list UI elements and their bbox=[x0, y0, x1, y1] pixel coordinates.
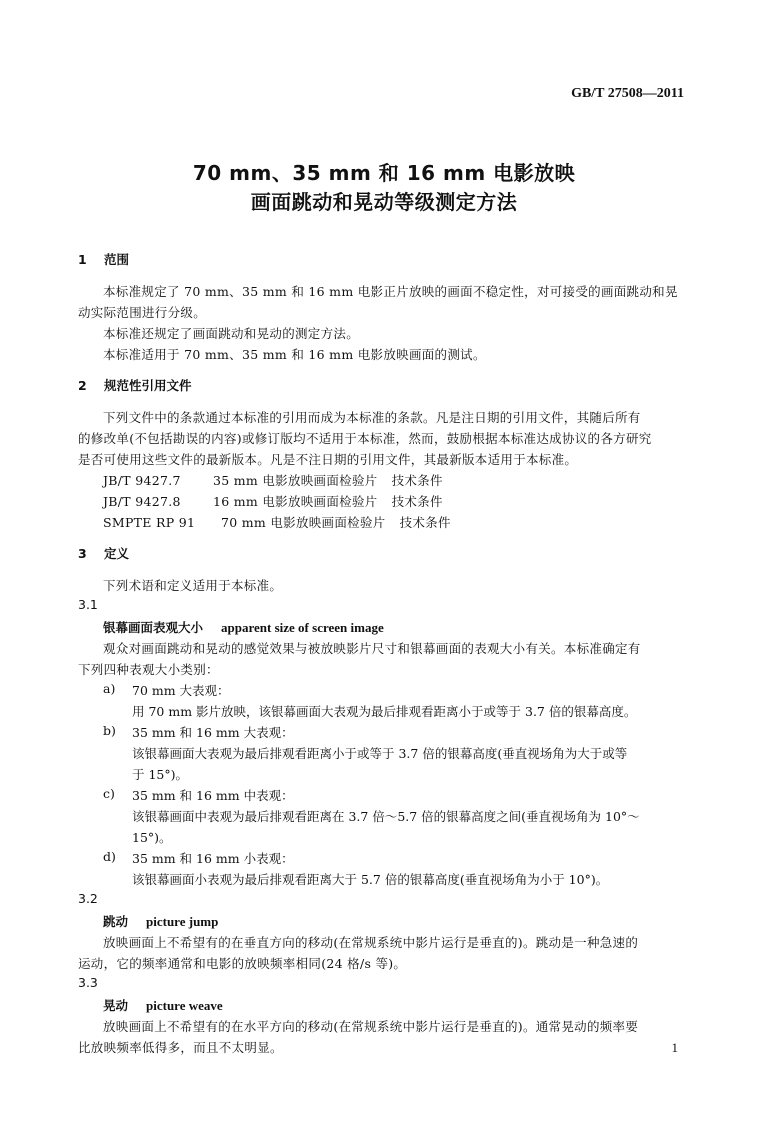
list-item-head: 35 mm 和 16 mm 小表观： bbox=[132, 849, 294, 867]
list-item-text: 于 15°)。 bbox=[132, 765, 188, 783]
paragraph-line: 本标准还规定了画面跳动和晃动的测定方法。 bbox=[103, 324, 359, 342]
section-title: 规范性引用文件 bbox=[104, 378, 192, 393]
definition-line: 运动，它的频率通常和电影的放映频率相同(24 格/s 等)。 bbox=[78, 954, 406, 972]
term-heading: 银幕画面表观大小apparent size of screen image bbox=[103, 618, 384, 636]
paragraph-line: 本标准规定了 70 mm、35 mm 和 16 mm 电影正片放映的画面不稳定性… bbox=[103, 282, 678, 300]
reference-item: JB/T 9427.735 mm 电影放映画面检验片技术条件 bbox=[103, 471, 443, 489]
term-en: picture weave bbox=[146, 998, 223, 1013]
section-title: 定义 bbox=[104, 546, 129, 561]
section-number: 1 bbox=[78, 252, 104, 267]
clause-number: 3.3 bbox=[78, 975, 98, 990]
reference-code: JB/T 9427.8 bbox=[103, 494, 213, 509]
list-item-text: 15°)。 bbox=[132, 828, 172, 846]
reference-item: JB/T 9427.816 mm 电影放映画面检验片技术条件 bbox=[103, 492, 443, 510]
reference-suffix: 技术条件 bbox=[392, 494, 443, 509]
document-title-line2: 画面跳动和晃动等级测定方法 bbox=[0, 186, 768, 215]
list-item-label: b) bbox=[103, 723, 116, 738]
definition-line: 比放映频率低得多，而且不太明显。 bbox=[78, 1038, 283, 1056]
definition-line: 放映画面上不希望有的在垂直方向的移动(在常规系统中影片运行是垂直的)。跳动是一种… bbox=[103, 933, 638, 951]
reference-item: SMPTE RP 9170 mm 电影放映画面检验片技术条件 bbox=[103, 513, 451, 531]
list-item-label: a) bbox=[103, 681, 115, 696]
definition-line: 下列四种表观大小类别： bbox=[78, 660, 219, 678]
clause-number: 3.1 bbox=[78, 597, 98, 612]
term-heading: 晃动picture weave bbox=[103, 996, 223, 1014]
section-heading-definitions: 3定义 bbox=[78, 544, 129, 562]
list-item-text: 用 70 mm 影片放映，该银幕画面大表观为最后排观看距离小于或等于 3.7 倍… bbox=[132, 702, 636, 720]
paragraph-line: 下列文件中的条款通过本标准的引用而成为本标准的条款。凡是注日期的引用文件，其随后… bbox=[103, 408, 641, 426]
definition-line: 观众对画面跳动和晃动的感觉效果与被放映影片尺寸和银幕画面的表观大小有关。本标准确… bbox=[103, 639, 641, 657]
paragraph-line: 动实际范围进行分级。 bbox=[78, 303, 206, 321]
list-item-text: 该银幕画面小表观为最后排观看距离大于 5.7 倍的银幕高度(垂直视场角为小于 1… bbox=[132, 870, 608, 888]
standard-code: GB/T 27508—2011 bbox=[571, 86, 684, 102]
list-item-head: 35 mm 和 16 mm 中表观： bbox=[132, 786, 294, 804]
term-heading: 跳动picture jump bbox=[103, 912, 218, 930]
paragraph-line: 的修改单(不包括勘误的内容)或修订版均不适用于本标准，然而，鼓励根据本标准达成协… bbox=[78, 429, 652, 447]
document-title-line1: 70 mm、35 mm 和 16 mm 电影放映 bbox=[0, 157, 768, 186]
term-zh: 银幕画面表观大小 bbox=[103, 620, 203, 635]
list-item-label: c) bbox=[103, 786, 115, 801]
reference-title: 16 mm 电影放映画面检验片 bbox=[213, 494, 378, 509]
term-en: picture jump bbox=[146, 914, 218, 929]
list-item-head: 70 mm 大表观： bbox=[132, 681, 230, 699]
reference-code: SMPTE RP 91 bbox=[103, 515, 221, 530]
section-number: 3 bbox=[78, 546, 104, 561]
list-item-head: 35 mm 和 16 mm 大表观： bbox=[132, 723, 294, 741]
definition-line: 放映画面上不希望有的在水平方向的移动(在常规系统中影片运行是垂直的)。通常晃动的… bbox=[103, 1017, 638, 1035]
list-item-label: d) bbox=[103, 849, 116, 864]
reference-title: 70 mm 电影放映画面检验片 bbox=[221, 515, 386, 530]
section-heading-normative-refs: 2规范性引用文件 bbox=[78, 376, 192, 394]
reference-title: 35 mm 电影放映画面检验片 bbox=[213, 473, 378, 488]
paragraph-line: 是否可使用这些文件的最新版本。凡是不注日期的引用文件，其最新版本适用于本标准。 bbox=[78, 450, 577, 468]
list-item-text: 该银幕画面大表观为最后排观看距离小于或等于 3.7 倍的银幕高度(垂直视场角为大… bbox=[132, 744, 627, 762]
section-heading-scope: 1范围 bbox=[78, 250, 129, 268]
term-zh: 晃动 bbox=[103, 998, 128, 1013]
reference-suffix: 技术条件 bbox=[392, 473, 443, 488]
section-number: 2 bbox=[78, 378, 104, 393]
term-en: apparent size of screen image bbox=[221, 620, 384, 635]
page-number: 1 bbox=[672, 1040, 679, 1056]
section-title: 范围 bbox=[104, 252, 129, 267]
list-item-text: 该银幕画面中表观为最后排观看距离在 3.7 倍～5.7 倍的银幕高度之间(垂直视… bbox=[132, 807, 640, 825]
reference-code: JB/T 9427.7 bbox=[103, 473, 213, 488]
clause-number: 3.2 bbox=[78, 891, 98, 906]
paragraph-line: 下列术语和定义适用于本标准。 bbox=[103, 576, 282, 594]
term-zh: 跳动 bbox=[103, 914, 128, 929]
reference-suffix: 技术条件 bbox=[400, 515, 451, 530]
paragraph-line: 本标准适用于 70 mm、35 mm 和 16 mm 电影放映画面的测试。 bbox=[103, 345, 486, 363]
